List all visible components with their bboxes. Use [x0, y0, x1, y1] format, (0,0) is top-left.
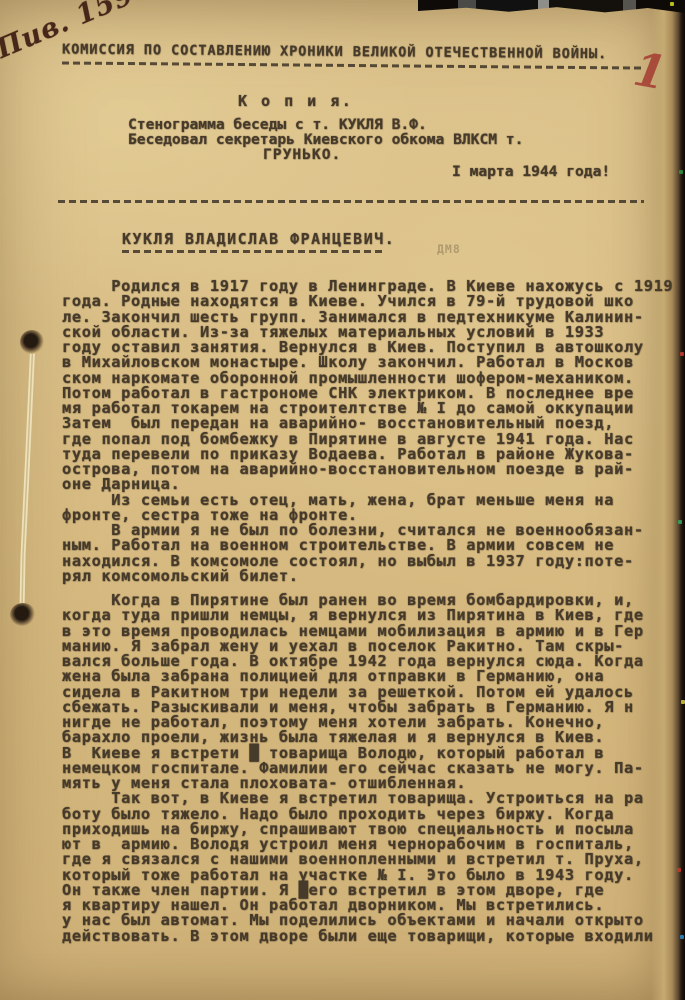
scan-noise-speck: [670, 2, 674, 6]
binding-thread: [0, 326, 70, 626]
copy-label: К о п и я.: [238, 92, 353, 110]
paragraph-biography: Родился в 1917 году в Ленинграде. В Киев…: [62, 279, 682, 493]
punch-hole: [20, 330, 44, 354]
subject-name-heading: КУКЛЯ ВЛАДИСЛАВ ФРАНЦЕВИЧ.: [122, 231, 395, 248]
subject-name-underline: [122, 250, 382, 253]
paragraph-army-status: В армии я не был по болезни, считался не…: [62, 523, 682, 584]
commission-header-text: КОМИССИЯ ПО СОСТАВЛЕНИЮ ХРОНИКИ ВЕЛИКОЙ …: [62, 41, 607, 62]
punch-hole: [10, 603, 36, 626]
paragraph-occupation: Когда в Пирятине был ранен во время бомб…: [62, 593, 682, 791]
scan-noise-speck: [679, 170, 683, 174]
section-separator-dashes: [58, 200, 644, 203]
date-line: I марта 1944 года!: [452, 163, 610, 180]
stenogram-line-3: ГРУНЬКО.: [263, 146, 341, 163]
faint-stamp-mark: ДМ8: [437, 242, 461, 256]
paragraph-family: Из семьи есть отец, мать, жена, брат мен…: [62, 493, 682, 524]
transcript-body: Родился в 1917 году в Ленинграде. В Киев…: [62, 279, 682, 944]
paragraph-underground-work: Так вот, в Киеве я встретил товарища. Ус…: [62, 791, 682, 944]
scanned-archive-document: { "colors": { "paper": "#d9be86", "typew…: [0, 0, 685, 1000]
